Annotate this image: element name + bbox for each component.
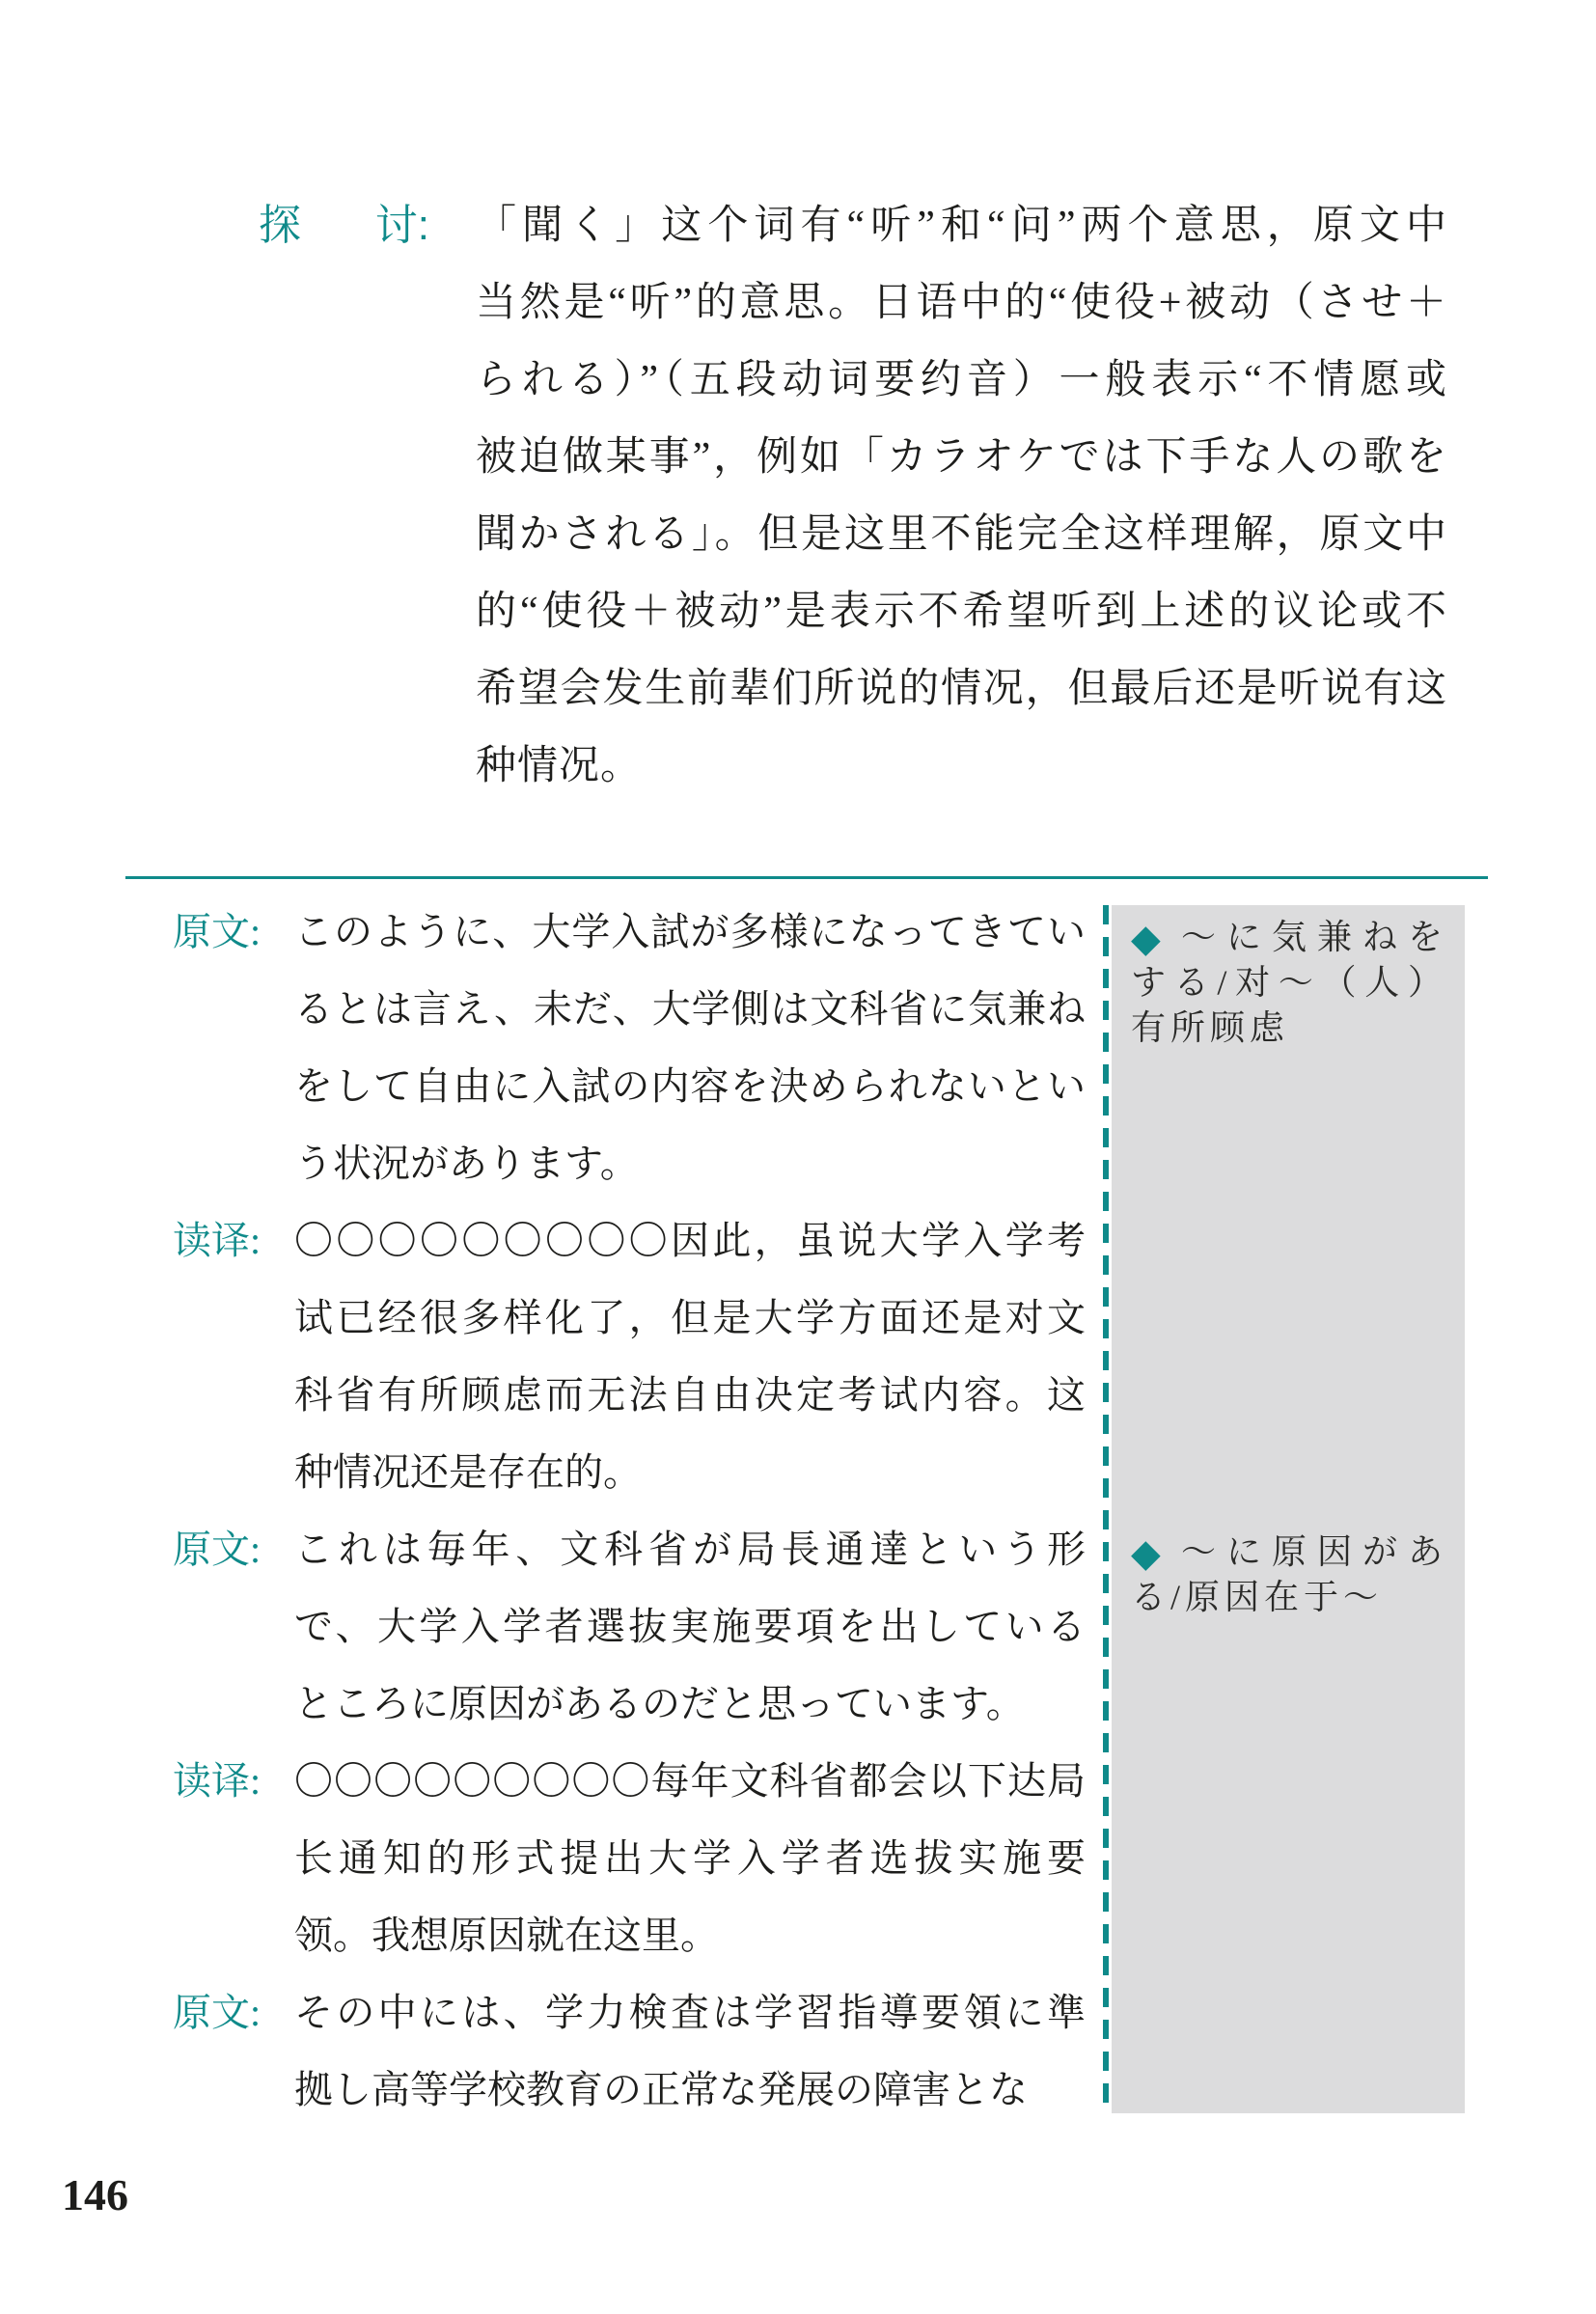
section-genbun-2: 原文: これは毎年、文科省が局長通達という形で、大学入学者選抜実施要項を出してい… (173, 1511, 1086, 1743)
note-text: ～に気兼ねをする/对～（人）有所顾虑 (1131, 915, 1447, 1051)
discussion-section: 探 讨: 「聞く」这个词有“听”和“问”两个意思，原文中当然是“听”的意思。日语… (259, 187, 1447, 805)
diamond-icon: ◆ (1131, 1530, 1161, 1576)
section-label: 原文: (173, 1974, 294, 2052)
discussion-label-char-1: 探 (259, 187, 301, 264)
section-duyi-1: 读译: 〇〇〇〇〇〇〇〇〇因此，虽说大学入学考试已经很多样化了，但是大学方面还是… (173, 1202, 1086, 1511)
dotted-divider (1103, 905, 1109, 2113)
section-genbun-3: 原文: その中には、学力検査は学習指導要領に準拠し高等学校教育の正常な発展の障害… (173, 1974, 1086, 2129)
discussion-text: 「聞く」这个词有“听”和“问”两个意思，原文中当然是“听”的意思。日语中的“使役… (476, 187, 1447, 805)
section-genbun-1: 原文: このように、大学入試が多様になってきているとは言え、未だ、大学側は文科省… (173, 894, 1086, 1202)
page-number: 146 (62, 2169, 128, 2220)
section-label: 读译: (173, 1743, 294, 1820)
discussion-label: 探 讨: (259, 187, 429, 264)
section-duyi-2: 读译: 〇〇〇〇〇〇〇〇〇每年文科省都会以下达局长通知的形式提出大学入学者选拔实… (173, 1743, 1086, 1974)
section-text: 〇〇〇〇〇〇〇〇〇每年文科省都会以下达局长通知的形式提出大学入学者选拔实施要领。… (294, 1743, 1086, 1974)
diamond-icon: ◆ (1131, 916, 1161, 961)
vocab-sidebar: ◆ ～に気兼ねをする/对～（人）有所顾虑 ◆ ～に原因がある/原因在于～ (1112, 905, 1465, 2113)
vocab-note: ◆ ～に原因がある/原因在于～ (1131, 1529, 1447, 1620)
discussion-label-char-2: 讨: (375, 187, 429, 264)
horizontal-rule (125, 876, 1488, 879)
text-sections: 原文: このように、大学入試が多様になってきているとは言え、未だ、大学側は文科省… (173, 894, 1086, 2129)
section-label: 读译: (173, 1202, 294, 1280)
section-text: 〇〇〇〇〇〇〇〇〇因此，虽说大学入学考试已经很多样化了，但是大学方面还是对文科省… (294, 1202, 1086, 1511)
section-text: これは毎年、文科省が局長通達という形で、大学入学者選抜実施要項を出しているところ… (294, 1511, 1086, 1743)
vocab-note: ◆ ～に気兼ねをする/对～（人）有所顾虑 (1131, 915, 1447, 1051)
section-text: その中には、学力検査は学習指導要領に準拠し高等学校教育の正常な発展の障害とな (294, 1974, 1086, 2129)
section-label: 原文: (173, 1511, 294, 1588)
section-label: 原文: (173, 894, 294, 971)
note-text: ～に原因がある/原因在于～ (1131, 1529, 1447, 1620)
textbook-page: 探 讨: 「聞く」这个词有“听”和“问”两个意思，原文中当然是“听”的意思。日语… (0, 0, 1596, 2314)
section-text: このように、大学入試が多様になってきているとは言え、未だ、大学側は文科省に気兼ね… (294, 894, 1086, 1202)
